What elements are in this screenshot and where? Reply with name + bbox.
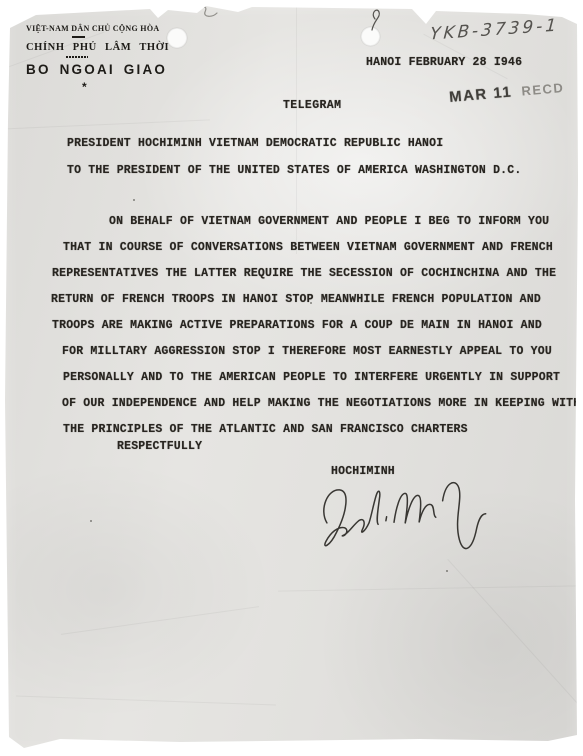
crease-line [278, 585, 578, 591]
body-line: OF OUR INDEPENDENCE AND HELP MAKING THE … [62, 398, 580, 410]
received-stamp-label: RECD [521, 80, 565, 99]
crease-line [16, 695, 276, 705]
crease-line [0, 119, 210, 129]
letterhead-ministry-line: BO NGOAI GIAO [26, 62, 169, 77]
body-line: TROOPS ARE MAKING ACTIVE PREPARATIONS FO… [52, 320, 542, 332]
letterhead-ornament [66, 56, 88, 58]
letterhead-divider [72, 36, 85, 38]
body-line: THE PRINCIPLES OF THE ATLANTIC AND SAN F… [63, 424, 468, 436]
body-line: ON BEHALF OF VIETNAM GOVERNMENT AND PEOP… [109, 216, 549, 228]
document-title: TELEGRAM [283, 100, 341, 112]
closing-line: RESPECTFULLY [117, 441, 202, 453]
body-line: FOR MILLTARY AGGRESSION STOP I THEREFORE… [62, 346, 552, 358]
address-line-recipient: TO THE PRESIDENT OF THE UNITED STATES OF… [67, 165, 521, 177]
scan-speck [133, 199, 135, 201]
scan-speck [90, 520, 92, 522]
scanned-telegram-page: { "document": { "letterhead": { "line1":… [0, 0, 583, 756]
letterhead: VIỆT-NAM DÂN CHỦ CỘNG HÒA CHÍNH PHỦ LÂM … [26, 24, 169, 94]
scan-speck [446, 570, 448, 572]
body-line: THAT IN COURSE OF CONVERSATIONS BETWEEN … [63, 242, 553, 254]
handwritten-signature [309, 470, 485, 574]
crease-line [447, 559, 583, 738]
letterhead-country-line: VIỆT-NAM DÂN CHỦ CỘNG HÒA [26, 24, 169, 33]
body-line: PERSONALLY AND TO THE AMERICAN PEOPLE TO… [63, 372, 560, 384]
body-line: RETURN OF FRENCH TROOPS IN HANOI STOP ME… [51, 294, 541, 306]
dateline: HANOI FEBRUARY 28 I946 [366, 57, 522, 69]
letterhead-government-line: CHÍNH PHỦ LÂM THỜI [26, 42, 169, 53]
crease-line [61, 606, 259, 635]
letterhead-star: * [82, 80, 169, 94]
telegram-paper: VIỆT-NAM DÂN CHỦ CỘNG HÒA CHÍNH PHỦ LÂM … [0, 0, 583, 756]
address-line-sender: PRESIDENT HOCHIMINH VIETNAM DEMOCRATIC R… [67, 138, 443, 150]
body-line: REPRESENTATIVES THE LATTER REQUIRE THE S… [52, 268, 556, 280]
